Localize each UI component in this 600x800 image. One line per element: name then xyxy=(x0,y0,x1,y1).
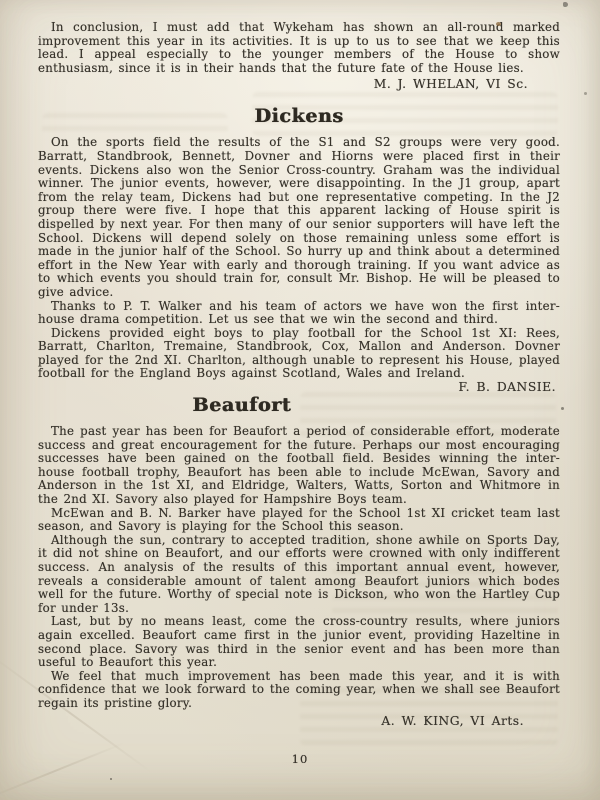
paper-crease xyxy=(0,742,125,800)
house-heading-dickens: Dickens xyxy=(38,105,560,127)
paragraph: Thanks to P. T. Walker and his team of a… xyxy=(38,300,560,327)
page-number: 10 xyxy=(0,752,600,766)
paragraph: Last, but by no means least, come the cr… xyxy=(38,615,560,669)
paragraph: On the sports field the results of the S… xyxy=(38,136,560,299)
house-heading-beaufort: Beaufort xyxy=(38,394,560,416)
signature-whelan: M. J. WHELAN, VI Sc. xyxy=(38,77,560,92)
paragraph: We feel that much improvement has been m… xyxy=(38,670,560,711)
signature-king: A. W. KING, VI Arts. xyxy=(38,714,560,729)
paper-speck xyxy=(563,2,568,7)
paper-speck xyxy=(110,778,112,780)
paragraph: McEwan and B. N. Barker have played for … xyxy=(38,507,560,534)
page-content: In conclusion, I must add that Wykeham h… xyxy=(38,21,560,729)
signature-dansie: F. B. DANSIE. xyxy=(446,381,560,395)
paragraph: The past year has been for Beaufort a pe… xyxy=(38,425,560,507)
paragraph: Dickens provided eight boys to play foot… xyxy=(38,327,560,381)
paper-speck xyxy=(496,22,501,26)
section-wykeham-conclusion: In conclusion, I must add that Wykeham h… xyxy=(38,21,560,92)
paragraph: Although the sun, contrary to accepted t… xyxy=(38,534,560,616)
paper-speck xyxy=(584,92,587,95)
paper-speck xyxy=(561,407,564,410)
paragraph-text: Dickens provided eight boys to play foot… xyxy=(38,326,560,381)
section-beaufort: Beaufort The past year has been for Beau… xyxy=(38,394,560,728)
paragraph: In conclusion, I must add that Wykeham h… xyxy=(38,21,560,75)
section-dickens: Dickens On the sports field the results … xyxy=(38,105,560,381)
scanned-magazine-page: In conclusion, I must add that Wykeham h… xyxy=(0,0,600,800)
